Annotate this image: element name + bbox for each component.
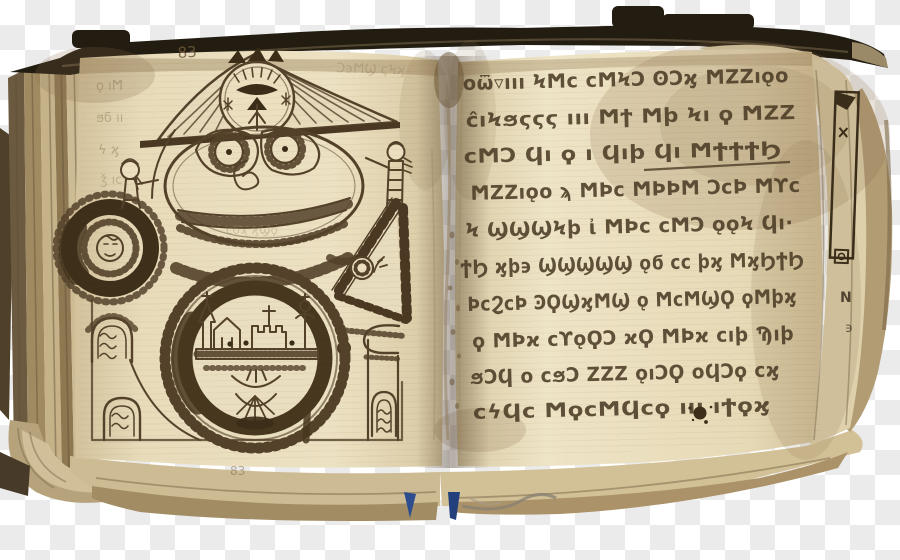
svg-text:ϟ ϗ: ϟ ϗ	[98, 143, 119, 158]
eye-emblem	[220, 62, 294, 136]
svg-text:ϧϭ ıı: ϧϭ ıı	[96, 111, 123, 126]
page-number-bottom: 83	[230, 464, 245, 478]
page-number-top: 83	[177, 43, 197, 62]
city-medallion	[165, 268, 345, 448]
codex-photo-stage: 83 83 ϙ ıϺ ϧϭ ıı ϟ ϗ ǯ ıϲ Ͻ϶ϺϢ ϛϞϗ ϲϭϡ ϗ…	[0, 0, 900, 560]
bleedthrough-face: ϲϭϡ ϗϢϙ	[226, 223, 278, 237]
svg-text:϶: ϶	[845, 321, 853, 336]
bleedthrough-top: Ͻ϶ϺϢ ϛϞϗ	[336, 61, 406, 78]
svg-text:ǯ ıϲ: ǯ ıϲ	[100, 173, 122, 188]
svg-text:ϙ ıϺ: ϙ ıϺ	[96, 79, 123, 94]
svg-text:N: N	[840, 290, 852, 306]
codex-photo: 83 83 ϙ ıϺ ϧϭ ıı ϟ ϗ ǯ ıϲ Ͻ϶ϺϢ ϛϞϗ ϲϭϡ ϗ…	[0, 0, 900, 560]
